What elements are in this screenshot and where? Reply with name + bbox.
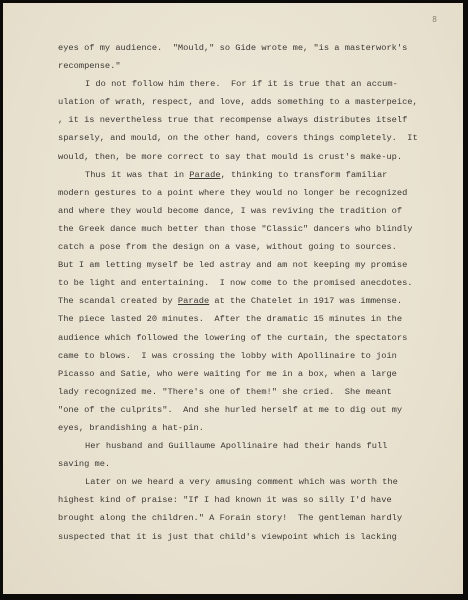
page-number: 8	[432, 15, 437, 24]
body-text: eyes of my audience. "Mould," so Gide wr…	[58, 39, 428, 546]
text-line: catch a pose from the design on a vase, …	[58, 238, 428, 256]
text-line: "one of the culprits". And she hurled he…	[58, 401, 428, 419]
text-line: highest kind of praise: "If I had known …	[58, 491, 428, 509]
text-line: would, then, be more correct to say that…	[58, 148, 428, 166]
text-line: ulation of wrath, respect, and love, add…	[58, 93, 428, 111]
text-line: suspected that it is just that child's v…	[58, 528, 428, 546]
text-line: , it is nevertheless true that recompens…	[58, 111, 428, 129]
text-line: to be light and entertaining. I now come…	[58, 274, 428, 292]
text-line: eyes of my audience. "Mould," so Gide wr…	[58, 39, 428, 57]
text-line: But I am letting myself be led astray an…	[58, 256, 428, 274]
text-line: and where they would become dance, I was…	[58, 202, 428, 220]
text-line: came to blows. I was crossing the lobby …	[58, 347, 428, 365]
text-line: Later on we heard a very amusing comment…	[58, 473, 428, 491]
text-line: eyes, brandishing a hat-pin.	[58, 419, 428, 437]
underlined-title: Parade	[178, 296, 209, 306]
text-line: lady recognized me. "There's one of them…	[58, 383, 428, 401]
text-line: modern gestures to a point where they wo…	[58, 184, 428, 202]
typewritten-page: 8 eyes of my audience. "Mould," so Gide …	[3, 3, 463, 594]
text-line: recompense."	[58, 57, 428, 75]
text-line: The scandal created by Parade at the Cha…	[58, 292, 428, 310]
text-line: sparsely, and mould, on the other hand, …	[58, 129, 428, 147]
text-line: The piece lasted 20 minutes. After the d…	[58, 310, 428, 328]
text-line: the Greek dance much better than those "…	[58, 220, 428, 238]
text-line: brought along the children." A Forain st…	[58, 509, 428, 527]
text-line: Thus it was that in Parade, thinking to …	[58, 166, 428, 184]
text-line: saving me.	[58, 455, 428, 473]
text-line: audience which followed the lowering of …	[58, 329, 428, 347]
text-line: Picasso and Satie, who were waiting for …	[58, 365, 428, 383]
text-line: I do not follow him there. For if it is …	[58, 75, 428, 93]
underlined-title: Parade	[189, 170, 220, 180]
text-line: Her husband and Guillaume Apollinaire ha…	[58, 437, 428, 455]
